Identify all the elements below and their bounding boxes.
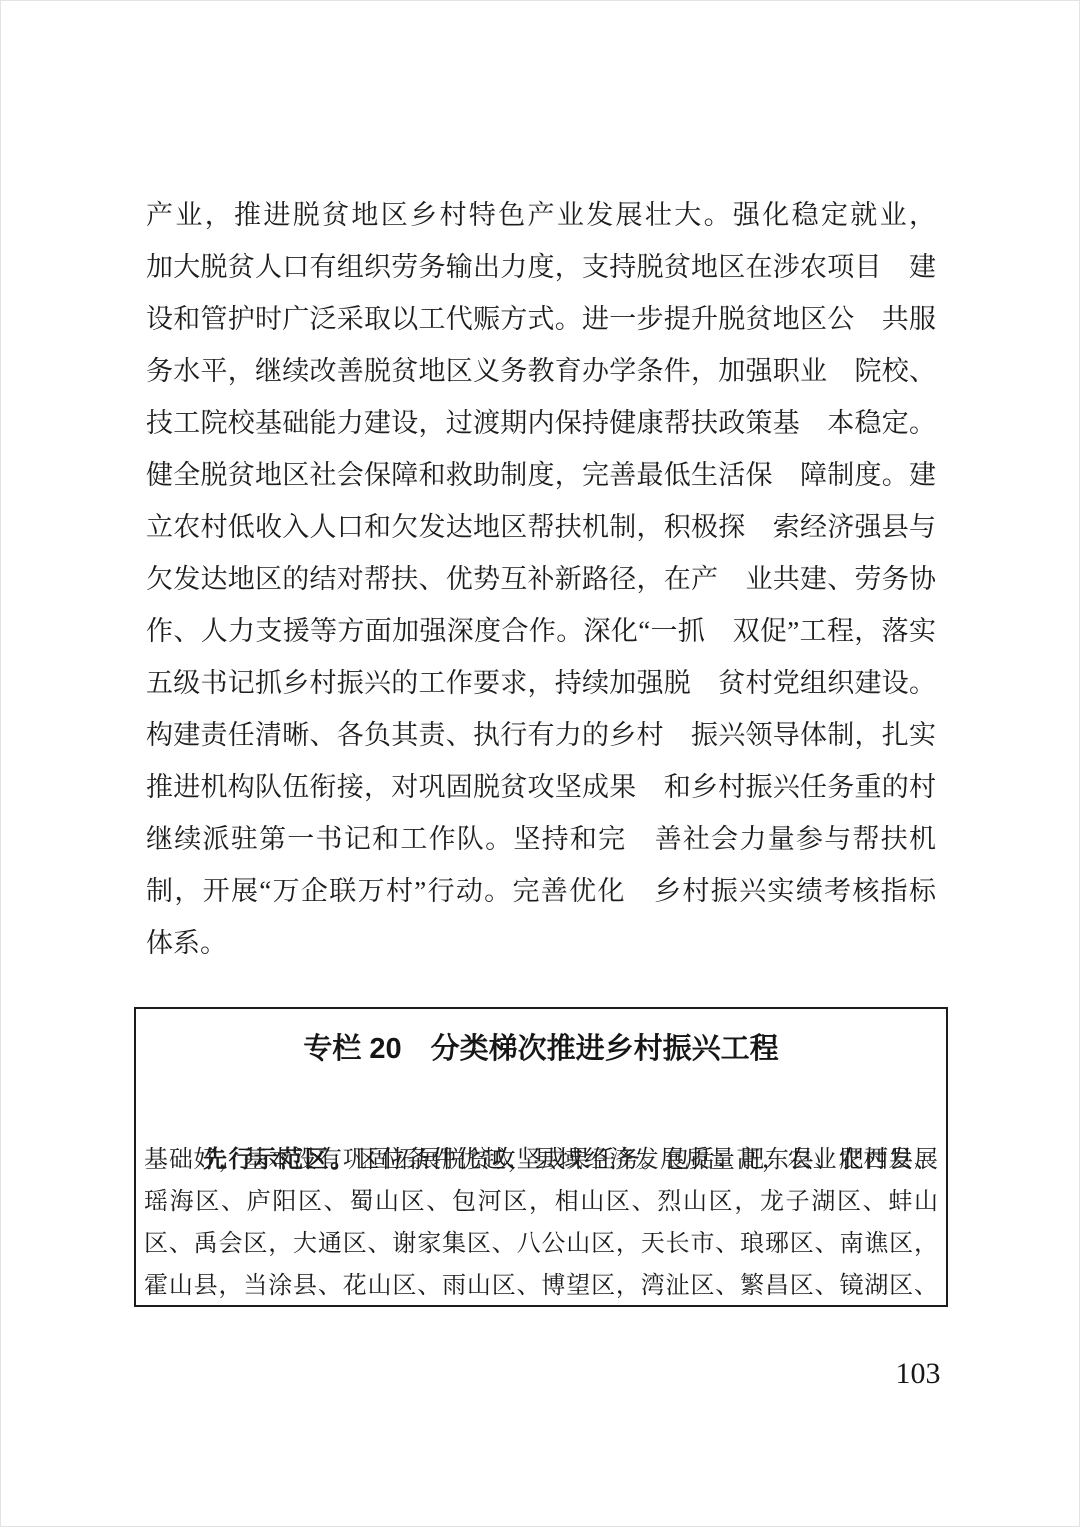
body-text-line: 立农村低收入人口和欠发达地区帮扶机制，积极探 索经济强县与 <box>146 501 936 553</box>
body-text-line: 技工院校基础能力建设，过渡期内保持健康帮扶政策基 本稳定。 <box>146 397 936 449</box>
box-text-line: 霍山县，当涂县、花山区、雨山区、博望区，湾沚区、繁昌区、镜湖区、 <box>144 1265 938 1307</box>
body-text-line: 作、人力支援等方面加强深度合作。深化“一抓 双促”工程，落实 <box>146 605 936 657</box>
body-text-line: 继续派驻第一书记和工作队。坚持和完 善社会力量参与帮扶机 <box>146 813 936 865</box>
body-text-line: 体系。 <box>146 917 936 969</box>
callout-box-zhuanlan-20: 专栏 20 分类梯次推进乡村振兴工程 先行示范区。区位条件优越，县域经济发展质量… <box>134 1007 948 1307</box>
body-paragraph: 产业，推进脱贫地区乡村特色产业发展壮大。强化稳定就业， 加大脱贫人口有组织劳务输… <box>146 189 936 969</box>
document-page: 产业，推进脱贫地区乡村特色产业发展壮大。强化稳定就业， 加大脱贫人口有组织劳务输… <box>0 0 1080 1527</box>
callout-box-title: 专栏 20 分类梯次推进乡村振兴工程 <box>136 1029 946 1069</box>
box-text-line: 瑶海区、庐阳区、蜀山区、包河区，相山区、烈山区，龙子湖区、蚌山 <box>144 1181 938 1223</box>
body-text-line: 产业，推进脱贫地区乡村特色产业发展壮大。强化稳定就业， <box>146 189 936 241</box>
box-text-line: 基础好，基本没有巩固拓展脱贫攻坚成果任务。包括：肥东县、肥西县、 <box>144 1139 938 1181</box>
body-text-line: 推进机构队伍衔接，对巩固脱贫攻坚成果 和乡村振兴任务重的村 <box>146 761 936 813</box>
body-text-line: 设和管护时广泛采取以工代赈方式。进一步提升脱贫地区公 共服 <box>146 293 936 345</box>
box-text-line: 先行示范区。区位条件优越，县域经济发展质量高，农业农村发展 <box>144 1097 938 1139</box>
page-number: 103 <box>878 1356 958 1392</box>
body-text-line: 制，开展“万企联万村”行动。完善优化 乡村振兴实绩考核指标 <box>146 865 936 917</box>
body-text-line: 五级书记抓乡村振兴的工作要求，持续加强脱 贫村党组织建设。 <box>146 657 936 709</box>
body-text-line: 务水平，继续改善脱贫地区义务教育办学条件，加强职业 院校、 <box>146 345 936 397</box>
box-text-line: 区、禹会区，大通区、谢家集区、八公山区，天长市、琅琊区、南谯区， <box>144 1223 938 1265</box>
body-text-line: 欠发达地区的结对帮扶、优势互补新路径，在产 业共建、劳务协 <box>146 553 936 605</box>
body-text-line: 构建责任清晰、各负其责、执行有力的乡村 振兴领导体制，扎实 <box>146 709 936 761</box>
callout-box-paragraph: 先行示范区。区位条件优越，县域经济发展质量高，农业农村发展 基础好，基本没有巩固… <box>144 1097 938 1307</box>
body-text-line: 加大脱贫人口有组织劳务输出力度，支持脱贫地区在涉农项目 建 <box>146 241 936 293</box>
body-text-line: 健全脱贫地区社会保障和救助制度，完善最低生活保 障制度。建 <box>146 449 936 501</box>
